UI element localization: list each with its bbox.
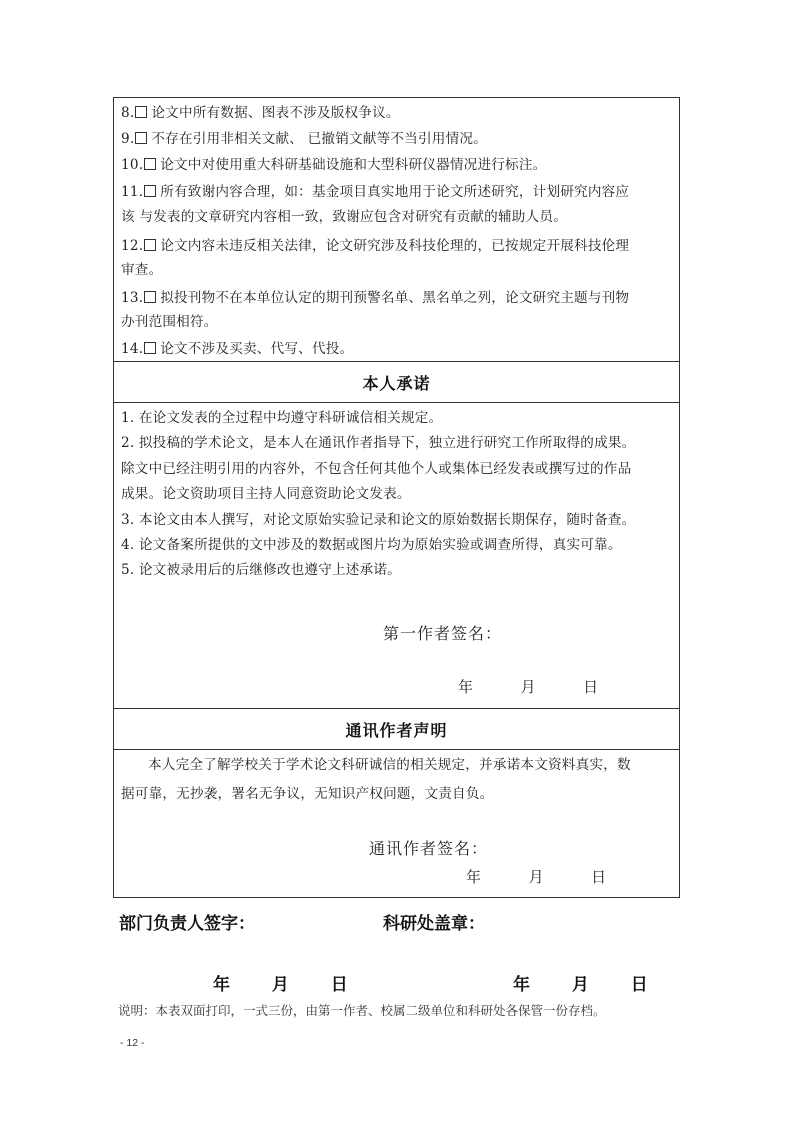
- checkbox[interactable]: [144, 342, 156, 354]
- day-label: 日: [331, 975, 348, 995]
- pledge-section-title: 本人承诺: [114, 371, 679, 394]
- pledge-line-7: 5. 论文被录用后的后继修改也遵守上述承诺。: [121, 561, 401, 579]
- corresponding-section-title: 通讯作者声明: [114, 718, 679, 741]
- year-label: 年: [466, 866, 481, 887]
- checkbox[interactable]: [144, 158, 156, 170]
- checklist-item-8: 8.论文中所有数据、图表不涉及版权争议。: [121, 104, 400, 122]
- item-text: 该 与发表的文章研究内容相一致，致谢应包含对研究有贡献的辅助人员。: [121, 209, 567, 225]
- corresponding-line-2: 据可靠，无抄袭，署名无争议，无知识产权问题，文责自负。: [121, 785, 493, 803]
- item-text: 办刊范围相符。: [121, 314, 218, 330]
- divider: [114, 749, 679, 750]
- pledge-line-3: 除文中已经注明引用的内容外，不包含任何其他个人或集体已经发表或撰写过的作品: [121, 460, 631, 478]
- checklist-item-10: 10.论文中对使用重大科研基础设施和大型科研仪器情况进行标注。: [121, 156, 546, 174]
- item-text: 论文内容未违反相关法律，论文研究涉及科技伦理的，已按规定开展科技伦理: [160, 238, 629, 254]
- pledge-line-6: 4. 论文备案所提供的文中涉及的数据或图片均为原始实验或调查所得，真实可靠。: [121, 536, 622, 554]
- item-number: 12.: [121, 238, 143, 254]
- month-label: 月: [529, 866, 544, 887]
- item-number: 10.: [121, 157, 143, 173]
- instructions-note: 说明：本表双面打印，一式三份，由第一作者、校属二级单位和科研处各保管一份存档。: [118, 1001, 606, 1019]
- checkbox[interactable]: [144, 239, 156, 251]
- checkbox[interactable]: [144, 185, 156, 197]
- item-number: 9.: [121, 131, 134, 147]
- research-office-seal-label: 科研处盖章：: [383, 909, 485, 934]
- page-number: - 12 -: [120, 1037, 145, 1049]
- year-label: 年: [458, 676, 473, 697]
- dept-head-signature-label: 部门负责人签字：: [119, 909, 255, 934]
- item-number: 14.: [121, 341, 143, 357]
- checklist-item-12: 12.论文内容未违反相关法律，论文研究涉及科技伦理的，已按规定开展科技伦理: [121, 237, 629, 255]
- item-number: 13.: [121, 290, 143, 306]
- form-table: 8.论文中所有数据、图表不涉及版权争议。 9.不存在引用非相关文献、 已撤销文献…: [113, 97, 680, 898]
- year-label: 年: [213, 975, 230, 995]
- checkbox[interactable]: [135, 132, 147, 144]
- day-label: 日: [591, 866, 606, 887]
- checklist-item-14: 14.论文不涉及买卖、代写、代投。: [121, 340, 353, 358]
- item-text: 不存在引用非相关文献、 已撤销文献等不当引用情况。: [151, 131, 487, 147]
- item-text: 论文中对使用重大科研基础设施和大型科研仪器情况进行标注。: [160, 157, 546, 173]
- first-author-signature-label: 第一作者签名：: [383, 621, 502, 644]
- checklist-item-9: 9.不存在引用非相关文献、 已撤销文献等不当引用情况。: [121, 130, 487, 148]
- divider: [114, 361, 679, 362]
- pledge-line-4: 成果。论文资助项目主持人同意资助论文发表。: [121, 485, 411, 503]
- item-number: 8.: [121, 105, 134, 121]
- month-label: 月: [521, 676, 536, 697]
- corresponding-author-date: 年 月 日: [466, 866, 606, 887]
- corresponding-author-signature-label: 通讯作者签名：: [369, 836, 488, 859]
- research-office-date: 年 月 日: [513, 970, 648, 995]
- year-label: 年: [513, 975, 530, 995]
- checklist-item-11: 11.所有致谢内容合理，如：基金项目真实地用于论文所述研究，计划研究内容应: [121, 183, 629, 201]
- checkbox[interactable]: [135, 106, 147, 118]
- divider: [114, 708, 679, 709]
- first-author-date: 年 月 日: [458, 676, 598, 697]
- checkbox[interactable]: [144, 291, 156, 303]
- checklist-item-13-cont: 办刊范围相符。: [121, 313, 218, 331]
- day-label: 日: [631, 975, 648, 995]
- item-text: 拟投刊物不在本单位认定的期刊预警名单、黑名单之列，论文研究主题与刊物: [160, 290, 629, 306]
- corresponding-line-1: 本人完全了解学校关于学术论文科研诚信的相关规定，并承诺本文资料真实，数: [148, 756, 631, 774]
- checklist-item-11-cont: 该 与发表的文章研究内容相一致，致谢应包含对研究有贡献的辅助人员。: [121, 208, 567, 226]
- item-text: 论文不涉及买卖、代写、代投。: [160, 341, 353, 357]
- pledge-line-1: 1. 在论文发表的全过程中均遵守科研诚信相关规定。: [121, 409, 442, 427]
- item-number: 11.: [121, 184, 143, 200]
- month-label: 月: [572, 975, 589, 995]
- month-label: 月: [272, 975, 289, 995]
- item-text: 论文中所有数据、图表不涉及版权争议。: [151, 105, 399, 121]
- item-text: 审查。: [121, 262, 162, 278]
- checklist-item-12-cont: 审查。: [121, 261, 162, 279]
- pledge-line-5: 3. 本论文由本人撰写，对论文原始实验记录和论文的原始数据长期保存，随时备查。: [121, 511, 635, 529]
- checklist-item-13: 13.拟投刊物不在本单位认定的期刊预警名单、黑名单之列，论文研究主题与刊物: [121, 289, 629, 307]
- document-page: 8.论文中所有数据、图表不涉及版权争议。 9.不存在引用非相关文献、 已撤销文献…: [0, 0, 793, 1122]
- dept-head-date: 年 月 日: [213, 970, 348, 995]
- item-text: 所有致谢内容合理，如：基金项目真实地用于论文所述研究，计划研究内容应: [160, 184, 629, 200]
- pledge-line-2: 2. 拟投稿的学术论文，是本人在通讯作者指导下，独立进行研究工作所取得的成果。: [121, 434, 635, 452]
- divider: [114, 402, 679, 403]
- day-label: 日: [583, 676, 598, 697]
